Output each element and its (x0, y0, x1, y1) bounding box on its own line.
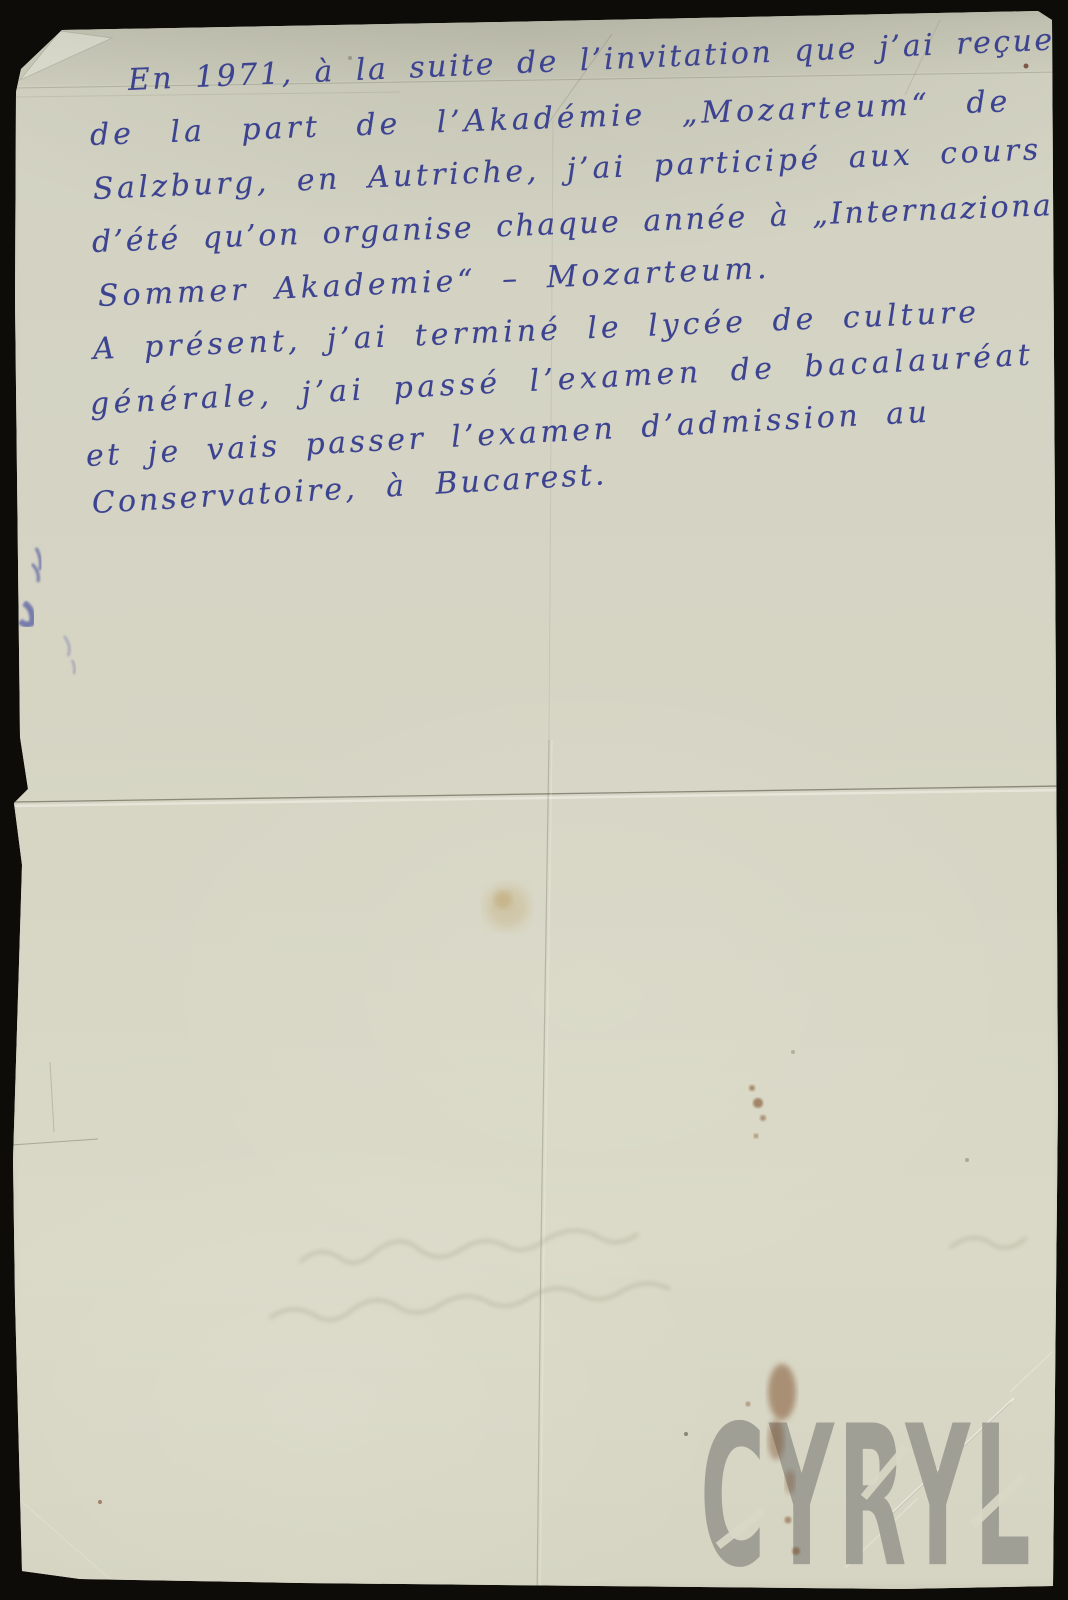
handwriting-line: Sommer Akademie“ – Mozarteum. (97, 252, 771, 313)
handwriting-line: En 1971, à la suite de l’invitation que … (127, 24, 1055, 97)
letter-sheet: En 1971, à la suite de l’invitation que … (0, 0, 1068, 1600)
scanner-background: En 1971, à la suite de l’invitation que … (0, 0, 1068, 1600)
